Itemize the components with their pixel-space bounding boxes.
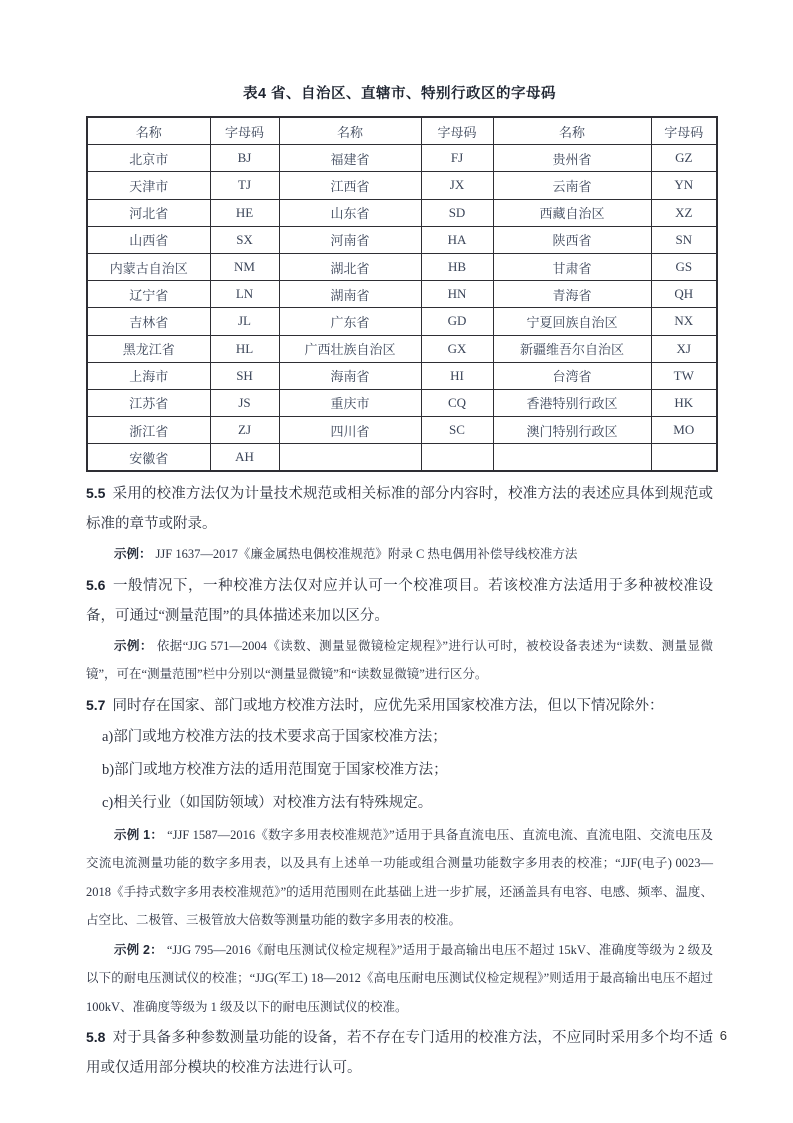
table-cell: TJ [210, 172, 279, 199]
column-header: 名称 [493, 117, 651, 145]
example-5-5: 示例：JJF 1637—2017《廉金属热电偶校准规范》附录 C 热电偶用补偿导… [86, 540, 713, 569]
table-cell: SC [421, 417, 493, 444]
table-row: 浙江省 ZJ 四川省 SC 澳门特别行政区 MO [87, 417, 717, 444]
table-row: 天津市 TJ 江西省 JX 云南省 YN [87, 172, 717, 199]
table-cell: GS [651, 253, 717, 280]
table-cell: 甘肃省 [493, 253, 651, 280]
table-cell: 湖南省 [279, 281, 421, 308]
table-cell: 江西省 [279, 172, 421, 199]
table-cell: GX [421, 335, 493, 362]
table-cell: 贵州省 [493, 145, 651, 172]
table-cell: 浙江省 [87, 417, 210, 444]
table-cell: 江苏省 [87, 389, 210, 416]
clause-text: 同时存在国家、部门或地方校准方法时，应优先采用国家校准方法，但以下情况除外： [112, 698, 663, 714]
table-cell: HL [210, 335, 279, 362]
table-cell: SH [210, 362, 279, 389]
table-row: 上海市 SH 海南省 HI 台湾省 TW [87, 362, 717, 389]
table-cell [651, 444, 717, 472]
table-cell: HB [421, 253, 493, 280]
table-cell: YN [651, 172, 717, 199]
province-letter-code-table: 名称 字母码 名称 字母码 名称 字母码 北京市 BJ 福建省 FJ 贵州省 G… [86, 116, 718, 472]
column-header: 字母码 [651, 117, 717, 145]
table-cell: 青海省 [493, 281, 651, 308]
table-cell: 湖北省 [279, 253, 421, 280]
clause-5-8: 5.8对于具备多种参数测量功能的设备，若不存在专门适用的校准方法，不应同时采用多… [86, 1022, 713, 1083]
table-cell: SD [421, 199, 493, 226]
table-cell: BJ [210, 145, 279, 172]
subitem-c: c)相关行业（如国防领域）对校准方法有特殊规定。 [86, 787, 713, 820]
table-cell [279, 444, 421, 472]
table-cell: 宁夏回族自治区 [493, 308, 651, 335]
clause-number: 5.7 [86, 697, 105, 713]
table-cell: HK [651, 389, 717, 416]
clause-5-5: 5.5采用的校准方法仅为计量技术规范或相关标准的部分内容时，校准方法的表述应具体… [86, 478, 713, 539]
table-cell: AH [210, 444, 279, 472]
example-label: 示例 1： [114, 828, 163, 842]
table-row: 黑龙江省 HL 广西壮族自治区 GX 新疆维吾尔自治区 XJ [87, 335, 717, 362]
clause-text: 对于具备多种参数测量功能的设备，若不存在专门适用的校准方法，不应同时采用多个均不… [86, 1030, 713, 1076]
table-cell: GD [421, 308, 493, 335]
table-cell: QH [651, 281, 717, 308]
table-cell: 上海市 [87, 362, 210, 389]
table-caption: 表4 省、自治区、直辖市、特别行政区的字母码 [86, 82, 713, 103]
clause-5-7: 5.7同时存在国家、部门或地方校准方法时，应优先采用国家校准方法，但以下情况除外… [86, 690, 713, 721]
table-row: 安徽省 AH [87, 444, 717, 472]
table-row: 山西省 SX 河南省 HA 陕西省 SN [87, 226, 717, 253]
table-cell: XZ [651, 199, 717, 226]
table-cell: HA [421, 226, 493, 253]
table-cell: XJ [651, 335, 717, 362]
table-cell: 广西壮族自治区 [279, 335, 421, 362]
page-number: 6 [720, 1028, 727, 1043]
column-header: 字母码 [421, 117, 493, 145]
table-cell: NX [651, 308, 717, 335]
example-1: 示例 1：“JJF 1587—2016《数字多用表校准规范》”适用于具备直流电压… [86, 821, 713, 935]
table-cell: HI [421, 362, 493, 389]
example-text: 依据“JJG 571—2004《读数、测量显微镜检定规程》”进行认可时，被校设备… [86, 639, 713, 682]
table-cell: JX [421, 172, 493, 199]
column-header: 名称 [279, 117, 421, 145]
table-cell: 天津市 [87, 172, 210, 199]
table-cell: 澳门特别行政区 [493, 417, 651, 444]
clause-number: 5.5 [86, 485, 105, 501]
table-cell: MO [651, 417, 717, 444]
table-cell: 内蒙古自治区 [87, 253, 210, 280]
table-cell: HE [210, 199, 279, 226]
table-cell: 新疆维吾尔自治区 [493, 335, 651, 362]
table-cell: 广东省 [279, 308, 421, 335]
subitem-a: a)部门或地方校准方法的技术要求高于国家校准方法； [86, 721, 713, 754]
table-cell: 西藏自治区 [493, 199, 651, 226]
table-cell: 香港特别行政区 [493, 389, 651, 416]
document-body: 5.5采用的校准方法仅为计量技术规范或相关标准的部分内容时，校准方法的表述应具体… [86, 478, 713, 1083]
example-text: JJF 1637—2017《廉金属热电偶校准规范》附录 C 热电偶用补偿导线校准… [156, 547, 578, 561]
table-cell [493, 444, 651, 472]
table-cell: SX [210, 226, 279, 253]
table-cell: 台湾省 [493, 362, 651, 389]
table-row: 江苏省 JS 重庆市 CQ 香港特别行政区 HK [87, 389, 717, 416]
table-header-row: 名称 字母码 名称 字母码 名称 字母码 [87, 117, 717, 145]
table-cell: 河北省 [87, 199, 210, 226]
table-cell: ZJ [210, 417, 279, 444]
table-row: 河北省 HE 山东省 SD 西藏自治区 XZ [87, 199, 717, 226]
table-cell: 河南省 [279, 226, 421, 253]
table-cell [421, 444, 493, 472]
clause-text: 采用的校准方法仅为计量技术规范或相关标准的部分内容时，校准方法的表述应具体到规范… [86, 486, 713, 532]
example-text: “JJG 795—2016《耐电压测试仪检定规程》”适用于最高输出电压不超过 1… [86, 943, 713, 1014]
table-cell: SN [651, 226, 717, 253]
table-cell: JL [210, 308, 279, 335]
table-cell: 陕西省 [493, 226, 651, 253]
table-cell: 吉林省 [87, 308, 210, 335]
clause-text: 一般情况下，一种校准方法仅对应并认可一个校准项目。若该校准方法适用于多种被校准设… [86, 578, 713, 624]
subitem-b: b)部门或地方校准方法的适用范围宽于国家校准方法； [86, 754, 713, 787]
table-cell: LN [210, 281, 279, 308]
table-row: 吉林省 JL 广东省 GD 宁夏回族自治区 NX [87, 308, 717, 335]
example-label: 示例： [114, 547, 152, 561]
table-cell: 海南省 [279, 362, 421, 389]
clause-number: 5.8 [86, 1029, 105, 1045]
example-text: “JJF 1587—2016《数字多用表校准规范》”适用于具备直流电压、直流电流… [86, 828, 713, 928]
example-2: 示例 2：“JJG 795—2016《耐电压测试仪检定规程》”适用于最高输出电压… [86, 936, 713, 1022]
example-label: 示例 2： [114, 943, 163, 957]
table-cell: 辽宁省 [87, 281, 210, 308]
table-cell: 安徽省 [87, 444, 210, 472]
table-cell: JS [210, 389, 279, 416]
table-cell: 山西省 [87, 226, 210, 253]
table-cell: TW [651, 362, 717, 389]
table-cell: 重庆市 [279, 389, 421, 416]
table-cell: 黑龙江省 [87, 335, 210, 362]
table-cell: 四川省 [279, 417, 421, 444]
table-cell: 山东省 [279, 199, 421, 226]
table-row: 内蒙古自治区 NM 湖北省 HB 甘肃省 GS [87, 253, 717, 280]
table-cell: FJ [421, 145, 493, 172]
table-cell: GZ [651, 145, 717, 172]
clause-5-6: 5.6一般情况下，一种校准方法仅对应并认可一个校准项目。若该校准方法适用于多种被… [86, 570, 713, 631]
table-row: 北京市 BJ 福建省 FJ 贵州省 GZ [87, 145, 717, 172]
example-5-6: 示例：依据“JJG 571—2004《读数、测量显微镜检定规程》”进行认可时，被… [86, 632, 713, 689]
clause-number: 5.6 [86, 577, 105, 593]
table-row: 辽宁省 LN 湖南省 HN 青海省 QH [87, 281, 717, 308]
column-header: 名称 [87, 117, 210, 145]
table-cell: NM [210, 253, 279, 280]
table-cell: 云南省 [493, 172, 651, 199]
table-cell: HN [421, 281, 493, 308]
column-header: 字母码 [210, 117, 279, 145]
example-label: 示例： [114, 639, 153, 653]
table-cell: 福建省 [279, 145, 421, 172]
table-cell: 北京市 [87, 145, 210, 172]
document-page: 表4 省、自治区、直辖市、特别行政区的字母码 名称 字母码 名称 字母码 名称 … [0, 0, 793, 1123]
table-cell: CQ [421, 389, 493, 416]
